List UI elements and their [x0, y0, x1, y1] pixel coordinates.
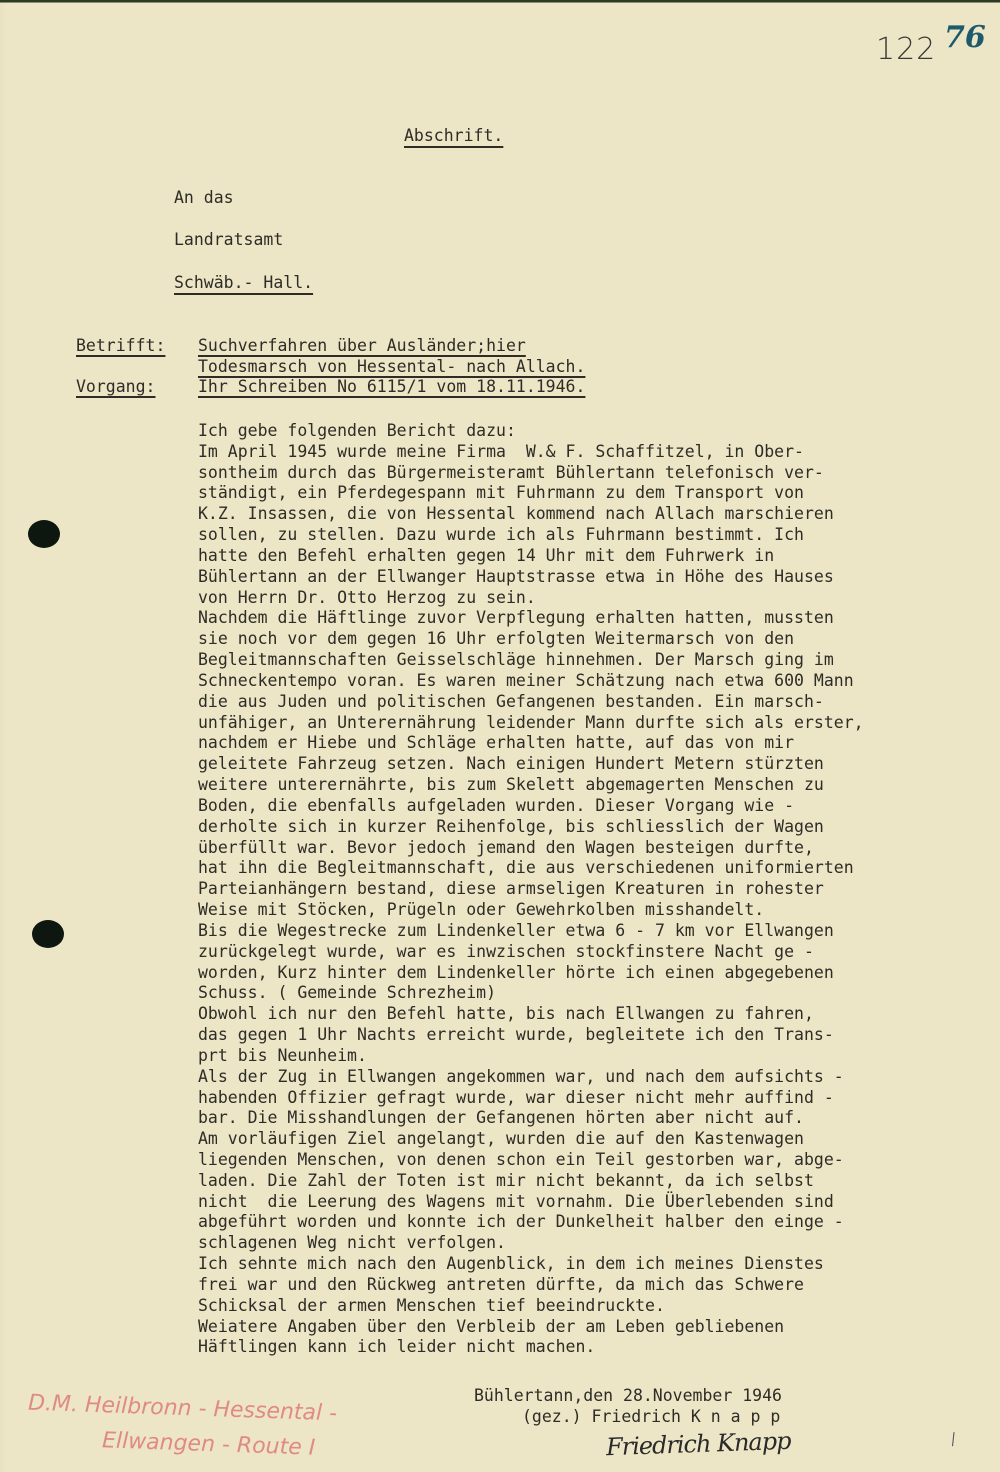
body-line: Parteianhängern bestand, diese armselige…	[198, 879, 998, 900]
document-title: Abschrift.	[404, 126, 503, 147]
body-line: Weiatere Angaben über den Verbleib der a…	[198, 1317, 998, 1338]
body-line: Schicksal der armen Menschen tief beeind…	[198, 1296, 998, 1317]
body-line: laden. Die Zahl der Toten ist mir nicht …	[198, 1171, 998, 1192]
body-line: von Herrn Dr. Otto Herzog zu sein.	[198, 588, 998, 609]
body-line: Bis die Wegestrecke zum Lindenkeller etw…	[198, 921, 998, 942]
body-line: schlagenen Weg nicht verfolgen.	[198, 1233, 998, 1254]
body-line: K.Z. Insassen, die von Hessental kommend…	[198, 504, 998, 525]
body-line: Weise mit Stöcken, Prügeln oder Gewehrko…	[198, 900, 998, 921]
body-line: Ich sehnte mich nach den Augenblick, in …	[198, 1254, 998, 1275]
body-line: frei war und den Rückweg antreten dürfte…	[198, 1275, 998, 1296]
body-line: ständigt, ein Pferdegespann mit Fuhrmann…	[198, 483, 998, 504]
body-line: Am vorläufigen Ziel angelangt, wurden di…	[198, 1129, 998, 1150]
body-line: liegenden Menschen, von denen schon ein …	[198, 1150, 998, 1171]
body-line: sollen, zu stellen. Dazu wurde ich als F…	[198, 525, 998, 546]
body-line: Im April 1945 wurde meine Firma W.& F. S…	[198, 442, 998, 463]
reference-block: Betrifft: Suchverfahren über Ausländer;h…	[76, 336, 585, 398]
body-line: derholte sich in kurzer Reihenfolge, bis…	[198, 817, 998, 838]
body-line: sontheim durch das Bürgermeisteramt Bühl…	[198, 463, 998, 484]
body-line: Begleitmannschaften Geisselschläge hinne…	[198, 650, 998, 671]
body-line: unfähiger, an Unterernährung leidender M…	[198, 713, 998, 734]
body-line: nachdem er Hiebe und Schläge erhalten ha…	[198, 733, 998, 754]
body-line: die aus Juden und politischen Gefangenen…	[198, 692, 998, 713]
recipient-line-3: Schwäb.- Hall.	[174, 273, 313, 294]
body-line: Häftlingen kann ich leider nicht machen.	[198, 1337, 998, 1358]
case-row: Vorgang: Ihr Schreiben No 6115/1 vom 18.…	[76, 377, 585, 398]
body-line: Schuss. ( Gemeinde Schrezheim)	[198, 983, 998, 1004]
subject-row-2: Todesmarsch von Hessental- nach Allach.	[76, 357, 585, 378]
body-line: Bühlertann an der Ellwanger Hauptstrasse…	[198, 567, 998, 588]
closing-block: Bühlertann,den 28.November 1946 (gez.) F…	[474, 1386, 782, 1427]
case-label: Vorgang:	[76, 377, 198, 398]
body-line: abgeführt worden und konnte ich der Dunk…	[198, 1212, 998, 1233]
body-line: Als der Zug in Ellwangen angekommen war,…	[198, 1067, 998, 1088]
body-line: Schneckentempo voran. Es waren meiner Sc…	[198, 671, 998, 692]
recipient-line-2: Landratsamt	[174, 230, 283, 251]
subject-label-spacer	[76, 357, 198, 378]
page-number: 122	[876, 32, 936, 67]
body-line: das gegen 1 Uhr Nachts erreicht wurde, b…	[198, 1025, 998, 1046]
body-line: zurückgelegt wurde, war es inwzischen st…	[198, 942, 998, 963]
subject-label: Betrifft:	[76, 336, 198, 357]
body-line: habenden Offizier gefragt wurde, war die…	[198, 1088, 998, 1109]
body-line: sie noch vor dem gegen 16 Uhr erfolgten …	[198, 629, 998, 650]
body-line: Boden, die ebenfalls aufgeladen wurden. …	[198, 796, 998, 817]
body-line: Ich gebe folgenden Bericht dazu:	[198, 421, 998, 442]
body-line: hat ihn die Begleitmannschaft, die aus v…	[198, 858, 998, 879]
recipient-line-1: An das	[174, 188, 234, 209]
body-line: Obwohl ich nur den Befehl hatte, bis nac…	[198, 1004, 998, 1025]
punch-hole-top	[28, 520, 60, 548]
subject-row: Betrifft: Suchverfahren über Ausländer;h…	[76, 336, 585, 357]
body-line: überfüllt war. Bevor jedoch jemand den W…	[198, 838, 998, 859]
body-line: worden, Kurz hinter dem Lindenkeller hör…	[198, 963, 998, 984]
subject-line-1: Suchverfahren über Ausländer;hier	[198, 336, 526, 357]
body-line: geleitete Fahrzeug setzen. Nach einigen …	[198, 754, 998, 775]
page-number-old: 76	[944, 20, 986, 55]
body-line: hatte den Befehl erhalten gegen 14 Uhr m…	[198, 546, 998, 567]
body-line: weitere unterernährte, bis zum Skelett a…	[198, 775, 998, 796]
body-line: prt bis Neunheim.	[198, 1046, 998, 1067]
case-value: Ihr Schreiben No 6115/1 vom 18.11.1946.	[198, 377, 585, 398]
body-line: Nachdem die Häftlinge zuvor Verpflegung …	[198, 608, 998, 629]
body-line: nicht die Leerung des Wagens mit vornahm…	[198, 1192, 998, 1213]
punch-hole-bottom	[32, 920, 64, 948]
subject-line-2: Todesmarsch von Hessental- nach Allach.	[198, 357, 585, 378]
report-body: Ich gebe folgenden Bericht dazu: Im Apri…	[198, 421, 998, 1358]
place-date: Bühlertann,den 28.November 1946	[474, 1386, 782, 1407]
signed-by: (gez.) Friedrich K n a p p	[474, 1407, 782, 1428]
body-line: bar. Die Misshandlungen der Gefangenen h…	[198, 1108, 998, 1129]
